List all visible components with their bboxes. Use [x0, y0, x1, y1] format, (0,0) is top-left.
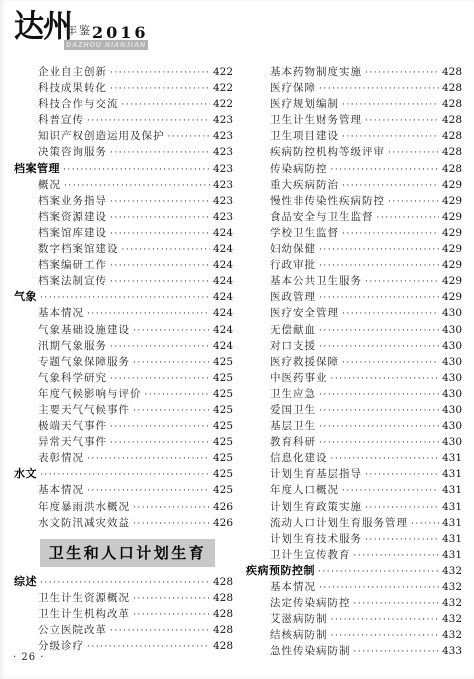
toc-entry-page: 425: [213, 386, 233, 402]
toc-entry: 结核病防制 432: [246, 627, 462, 643]
toc-entry-page: 425: [213, 434, 233, 450]
toc-entry-label: 艾滋病防制: [270, 611, 328, 627]
toc-entry-page: 423: [213, 161, 233, 177]
toc-entry-label: 教育科研: [270, 434, 316, 450]
toc-entry-label: 学校卫生监督: [270, 225, 339, 241]
toc-entry-page: 425: [213, 370, 233, 386]
toc-entry-page: 430: [442, 370, 462, 386]
toc-entry-label: 档案馆库建设: [38, 225, 107, 241]
dot-leader: [388, 194, 439, 210]
toc-entry-page: 422: [213, 96, 233, 112]
toc-entry-label: 气象科学研究: [38, 370, 107, 386]
toc-entry-page: 432: [442, 595, 462, 611]
toc-entry-label: 专题气象保障服务: [38, 354, 130, 370]
dot-leader: [64, 178, 210, 194]
section-heading: 卫生和人口计划生育: [40, 539, 216, 567]
toc-entry-page: 432: [442, 611, 462, 627]
toc-entry-label: 基层卫生: [270, 418, 316, 434]
toc-left-bottom-list: 综述 428 卫生计生资源概况 428 卫生计生机构改革 428: [14, 574, 233, 654]
toc-entry: 概况 423: [14, 177, 233, 193]
toc-entry-page: 423: [213, 144, 233, 160]
toc-entry-page: 423: [213, 209, 233, 225]
toc-entry-label: 综述: [14, 574, 37, 590]
dot-leader: [377, 210, 439, 226]
dot-leader: [110, 258, 210, 274]
toc-entry: 决策咨询服务 423: [14, 144, 233, 160]
toc-entry: 表彰情况 425: [14, 450, 233, 466]
dot-leader: [110, 339, 210, 355]
toc-entry: 分级诊疗 428: [14, 638, 233, 654]
toc-entry-label: 年度人口概况: [270, 482, 339, 498]
toc-entry-label: 结核病防制: [270, 627, 328, 643]
toc-entry-page: 433: [442, 643, 462, 659]
dot-leader: [365, 65, 439, 81]
toc-entry: 气象 424: [14, 289, 233, 305]
toc-entry-page: 422: [213, 64, 233, 80]
toc-entry-label: 疾病防控机构等级评审: [270, 144, 385, 160]
toc-entry-page: 424: [213, 257, 233, 273]
toc-entry: 基本情况 432: [246, 579, 462, 595]
toc-entry-label: 卫生应急: [270, 386, 316, 402]
toc-entry: 档案资源建设 423: [14, 209, 233, 225]
toc-entry-page: 425: [213, 418, 233, 434]
toc-entry-label: 医疗保障: [270, 80, 316, 96]
toc-entry-page: 431: [442, 466, 462, 482]
toc-entry-page: 429: [442, 225, 462, 241]
toc-entry-label: 卫生计生财务管理: [270, 112, 362, 128]
toc-entry: 基本情况 424: [14, 305, 233, 321]
toc-entry: 知识产权创造运用及保护 423: [14, 128, 233, 144]
dot-leader: [365, 274, 439, 290]
toc-entry-label: 科技合作与交流: [38, 96, 119, 112]
toc-entry-label: 爱国卫生: [270, 402, 316, 418]
dot-leader: [40, 575, 210, 591]
dot-leader: [342, 483, 439, 499]
toc-entry-label: 档案业务指导: [38, 193, 107, 209]
toc-entry-label: 基本公共卫生服务: [270, 273, 362, 289]
logo-main-text: 达州: [14, 11, 72, 43]
toc-entry-page: 430: [442, 434, 462, 450]
logo-latin-text: DAZHOU NIANJIAN: [66, 42, 146, 49]
toc-entry: 卫计生宣传教育 431: [246, 547, 462, 563]
toc-entry-page: 429: [442, 257, 462, 273]
dot-leader: [388, 145, 439, 161]
dot-leader: [342, 306, 439, 322]
toc-entry-page: 428: [213, 622, 233, 638]
dot-leader: [365, 532, 439, 548]
toc-entry-page: 425: [213, 466, 233, 482]
dot-leader: [110, 81, 210, 97]
toc-entry: 慢性非传染性疾病防控 429: [246, 193, 462, 209]
toc-entry-label: 无偿献血: [270, 322, 316, 338]
toc-entry: 基本情况 425: [14, 482, 233, 498]
toc-entry-page: 431: [442, 531, 462, 547]
toc-right-list: 基本药物制度实施 428 医疗保障 428 医疗规划编制 428: [246, 64, 462, 659]
toc-entry: 科技合作与交流 422: [14, 96, 233, 112]
toc-entry: 卫生项目建设 428: [246, 128, 462, 144]
toc-entry: 卫生计生资源概况 428: [14, 590, 233, 606]
toc-entry-page: 425: [213, 482, 233, 498]
toc-entry: 极端天气事件 425: [14, 418, 233, 434]
toc-entry: 档案业务指导 423: [14, 193, 233, 209]
dot-leader: [365, 500, 439, 516]
toc-entry: 食品安全与卫生监督 429: [246, 209, 462, 225]
dot-leader: [110, 194, 210, 210]
toc-entry: 计划生育政策实施 431: [246, 499, 462, 515]
toc-entry: 年度气候影响与评价 425: [14, 386, 233, 402]
toc-entry-page: 423: [213, 112, 233, 128]
toc-entry-page: 431: [442, 482, 462, 498]
toc-entry: 档案馆库建设 424: [14, 225, 233, 241]
toc-entry-page: 428: [213, 590, 233, 606]
toc-entry-label: 计划生育政策实施: [270, 499, 362, 515]
toc-entry-label: 年度气候影响与评价: [38, 386, 142, 402]
toc-entry-label: 公立医院改革: [38, 622, 107, 638]
dot-leader: [87, 306, 210, 322]
toc-entry: 年度暴雨洪水概况 426: [14, 499, 233, 515]
toc-right-column: 基本药物制度实施 428 医疗保障 428 医疗规划编制 428: [246, 64, 462, 659]
dot-leader: [122, 97, 210, 113]
toc-entry-label: 分级诊疗: [38, 638, 84, 654]
toc-entry-label: 医疗救援保障: [270, 354, 339, 370]
toc-entry-page: 428: [213, 574, 233, 590]
dot-leader: [122, 242, 210, 258]
toc-entry: 气象科学研究 425: [14, 370, 233, 386]
toc-entry-label: 基本情况: [270, 579, 316, 595]
logo-sub-text: 年鉴: [66, 22, 92, 38]
toc-entry-page: 423: [213, 193, 233, 209]
toc-entry: 传染病防控 428: [246, 161, 462, 177]
dot-leader: [342, 97, 439, 113]
toc-entry-page: 424: [213, 322, 233, 338]
dot-leader: [133, 355, 210, 371]
toc-entry: 科技成果转化 422: [14, 80, 233, 96]
dot-leader: [87, 113, 210, 129]
toc-entry-label: 档案编研工作: [38, 257, 107, 273]
toc-entry-label: 基本情况: [38, 482, 84, 498]
toc-entry-label: 卫计生宣传教育: [270, 547, 351, 563]
toc-entry-page: 430: [442, 338, 462, 354]
toc-entry-label: 中医药事业: [270, 370, 328, 386]
toc-entry: 医疗救援保障 430: [246, 354, 462, 370]
toc-entry-page: 428: [442, 96, 462, 112]
dot-leader: [145, 387, 210, 403]
toc-entry-page: 428: [442, 144, 462, 160]
toc-entry: 对口支援 430: [246, 338, 462, 354]
toc-entry: 医疗安全管理 430: [246, 305, 462, 321]
toc-entry: 基本药物制度实施 428: [246, 64, 462, 80]
toc-entry-page: 428: [442, 128, 462, 144]
dot-leader: [110, 65, 210, 81]
toc-entry: 卫生应急 430: [246, 386, 462, 402]
dot-leader: [319, 81, 439, 97]
toc-entry-label: 计划生育技术服务: [270, 531, 362, 547]
dot-leader: [133, 403, 210, 419]
toc-entry-label: 档案管理: [14, 161, 60, 177]
toc-entry: 计划生育技术服务 431: [246, 531, 462, 547]
toc-entry-page: 424: [213, 289, 233, 305]
dot-leader: [319, 580, 439, 596]
toc-entry-page: 429: [442, 273, 462, 289]
dot-leader: [365, 467, 439, 483]
dot-leader: [87, 639, 210, 655]
toc-entry-page: 429: [442, 241, 462, 257]
toc-entry-page: 425: [213, 402, 233, 418]
toc-entry-label: 卫生项目建设: [270, 128, 339, 144]
toc-entry-label: 医疗规划编制: [270, 96, 339, 112]
toc-entry: 学校卫生监督 429: [246, 225, 462, 241]
dot-leader: [133, 323, 210, 339]
dot-leader: [110, 145, 210, 161]
dot-leader: [354, 644, 439, 660]
toc-entry-page: 429: [442, 209, 462, 225]
toc-entry-page: 425: [213, 354, 233, 370]
toc-entry-page: 429: [442, 177, 462, 193]
toc-entry: 专题气象保障服务 425: [14, 354, 233, 370]
toc-entry-label: 水文防汛减灾效益: [38, 515, 130, 531]
dot-leader: [168, 129, 210, 145]
toc-entry-label: 信息化建设: [270, 450, 328, 466]
logo-latin-bar: DAZHOU NIANJIAN: [64, 40, 148, 50]
toc-entry: 水文 425: [14, 466, 233, 482]
toc-entry: 计划生育基层指导 431: [246, 466, 462, 482]
toc-entry-page: 424: [213, 225, 233, 241]
toc-entry-label: 档案法制宣传: [38, 273, 107, 289]
dot-leader: [110, 623, 210, 639]
toc-entry-label: 传染病防控: [270, 161, 328, 177]
toc-entry: 重大疾病防治 429: [246, 177, 462, 193]
toc-entry-page: 430: [442, 322, 462, 338]
dot-leader: [133, 516, 210, 532]
toc-entry-page: 423: [213, 177, 233, 193]
toc-entry: 异常天气事件 425: [14, 434, 233, 450]
toc-entry-page: 428: [213, 606, 233, 622]
toc-entry-page: 429: [442, 193, 462, 209]
toc-left-column: 企业自主创新 422 科技成果转化 422 科技合作与交流 422: [14, 64, 233, 654]
toc-entry: 行政审批 429: [246, 257, 462, 273]
dot-leader: [365, 113, 439, 129]
toc-entry-page: 432: [442, 563, 462, 579]
toc-entry: 疾病预防控制 432: [246, 563, 462, 579]
dot-leader: [319, 290, 439, 306]
toc-entry: 科普宣传 423: [14, 112, 233, 128]
yearbook-toc-page: 达州 年鉴 2016 DAZHOU NIANJIAN 企业自主创新 422 科技…: [0, 0, 474, 679]
dot-leader: [87, 483, 210, 499]
dot-leader: [331, 162, 439, 178]
toc-entry: 基层卫生 430: [246, 418, 462, 434]
toc-entry-page: 431: [442, 547, 462, 563]
toc-entry: 卫生计生财务管理 428: [246, 112, 462, 128]
toc-entry: 档案管理 423: [14, 161, 233, 177]
toc-entry-label: 食品安全与卫生监督: [270, 209, 374, 225]
toc-entry: 医政管理 429: [246, 289, 462, 305]
toc-entry-page: 428: [442, 80, 462, 96]
dot-leader: [87, 451, 210, 467]
toc-entry-label: 科技成果转化: [38, 80, 107, 96]
toc-entry: 医疗保障 428: [246, 80, 462, 96]
dot-leader: [110, 274, 210, 290]
dot-leader: [331, 371, 439, 387]
toc-entry-label: 妇幼保健: [270, 241, 316, 257]
toc-entry-page: 430: [442, 386, 462, 402]
toc-entry-label: 知识产权创造运用及保护: [38, 128, 165, 144]
toc-entry-page: 428: [442, 161, 462, 177]
dot-leader: [342, 226, 439, 242]
toc-entry-label: 流动人口计划生育服务管理: [270, 515, 408, 531]
toc-entry-page: 426: [213, 499, 233, 515]
toc-entry-page: 423: [213, 128, 233, 144]
dot-leader: [319, 339, 439, 355]
dot-leader: [133, 607, 210, 623]
toc-entry-page: 431: [442, 499, 462, 515]
toc-entry-label: 计划生育基层指导: [270, 466, 362, 482]
toc-entry: 中医药事业 430: [246, 370, 462, 386]
dot-leader: [110, 435, 210, 451]
dot-leader: [110, 419, 210, 435]
toc-entry: 档案法制宣传 424: [14, 273, 233, 289]
toc-entry-label: 基本药物制度实施: [270, 64, 362, 80]
toc-entry: 水文防汛减灾效益 426: [14, 515, 233, 531]
toc-entry-label: 卫生计生机构改革: [38, 606, 130, 622]
dot-leader: [354, 596, 439, 612]
toc-entry: 急性传染病防制 433: [246, 643, 462, 659]
dot-leader: [110, 226, 210, 242]
toc-entry-label: 气象: [14, 289, 37, 305]
toc-entry-label: 重大疾病防治: [270, 177, 339, 193]
dot-leader: [319, 323, 439, 339]
toc-entry: 信息化建设 431: [246, 450, 462, 466]
dot-leader: [319, 242, 439, 258]
toc-entry-label: 档案资源建设: [38, 209, 107, 225]
toc-entry-label: 企业自主创新: [38, 64, 107, 80]
toc-entry-page: 428: [213, 638, 233, 654]
toc-entry: 流动人口计划生育服务管理 431: [246, 515, 462, 531]
dot-leader: [331, 451, 439, 467]
toc-entry: 教育科研 430: [246, 434, 462, 450]
toc-entry-page: 424: [213, 241, 233, 257]
toc-entry-page: 428: [442, 112, 462, 128]
toc-entry-label: 医疗安全管理: [270, 305, 339, 321]
toc-entry-page: 430: [442, 418, 462, 434]
toc-entry: 医疗规划编制 428: [246, 96, 462, 112]
toc-entry: 综述 428: [14, 574, 233, 590]
section-heading-wrap: 卫生和人口计划生育: [22, 539, 233, 567]
toc-entry-label: 决策咨询服务: [38, 144, 107, 160]
dot-leader: [319, 387, 439, 403]
toc-entry-page: 431: [442, 515, 462, 531]
toc-entry: 爱国卫生 430: [246, 402, 462, 418]
toc-entry: 主要天气气候事件 425: [14, 402, 233, 418]
toc-entry-page: 424: [213, 338, 233, 354]
toc-entry-label: 行政审批: [270, 257, 316, 273]
dot-leader: [342, 178, 439, 194]
toc-entry-label: 水文: [14, 466, 37, 482]
dot-leader: [342, 129, 439, 145]
dot-leader: [331, 628, 439, 644]
toc-entry: 年度人口概况 431: [246, 482, 462, 498]
dot-leader: [342, 355, 439, 371]
dot-leader: [133, 500, 210, 516]
toc-entry-page: 422: [213, 80, 233, 96]
toc-entry: 档案编研工作 424: [14, 257, 233, 273]
toc-entry-label: 表彰情况: [38, 450, 84, 466]
toc-entry-page: 425: [213, 450, 233, 466]
toc-entry-page: 430: [442, 402, 462, 418]
toc-entry: 基本公共卫生服务 429: [246, 273, 462, 289]
toc-entry: 企业自主创新 422: [14, 64, 233, 80]
toc-entry-label: 慢性非传染性疾病防控: [270, 193, 385, 209]
toc-entry: 气象基础设施建设 424: [14, 322, 233, 338]
dot-leader: [133, 591, 210, 607]
toc-entry-label: 气象基础设施建设: [38, 322, 130, 338]
toc-entry-page: 424: [213, 273, 233, 289]
toc-entry: 公立医院改革 428: [14, 622, 233, 638]
dot-leader: [411, 516, 439, 532]
toc-entry-label: 科普宣传: [38, 112, 84, 128]
dot-leader: [319, 435, 439, 451]
toc-entry-page: 426: [213, 515, 233, 531]
page-number: · 26 ·: [13, 652, 44, 663]
dot-leader: [331, 612, 439, 628]
yearbook-logo: 达州 年鉴 2016 DAZHOU NIANJIAN: [14, 12, 214, 56]
toc-entry-label: 汛期气象服务: [38, 338, 107, 354]
toc-entry: 数字档案馆建设 424: [14, 241, 233, 257]
toc-entry-label: 年度暴雨洪水概况: [38, 499, 130, 515]
toc-entry-label: 概况: [38, 177, 61, 193]
toc-entry: 法定传染病防控 432: [246, 595, 462, 611]
toc-entry-label: 极端天气事件: [38, 418, 107, 434]
toc-entry: 艾滋病防制 432: [246, 611, 462, 627]
toc-left-top-list: 企业自主创新 422 科技成果转化 422 科技合作与交流 422: [14, 64, 233, 531]
toc-entry-label: 卫生计生资源概况: [38, 590, 130, 606]
dot-leader: [354, 548, 439, 564]
toc-entry-label: 对口支援: [270, 338, 316, 354]
toc-entry: 卫生计生机构改革 428: [14, 606, 233, 622]
toc-entry-page: 428: [442, 64, 462, 80]
toc-entry-page: 432: [442, 627, 462, 643]
dot-leader: [318, 564, 439, 580]
dot-leader: [319, 419, 439, 435]
toc-entry-label: 主要天气气候事件: [38, 402, 130, 418]
toc-entry-page: 424: [213, 305, 233, 321]
dot-leader: [319, 403, 439, 419]
toc-entry-label: 法定传染病防控: [270, 595, 351, 611]
dot-leader: [63, 162, 210, 178]
toc-entry-label: 医政管理: [270, 289, 316, 305]
toc-entry-label: 异常天气事件: [38, 434, 107, 450]
toc-entry-page: 430: [442, 354, 462, 370]
toc-entry-label: 疾病预防控制: [246, 563, 315, 579]
toc-entry-page: 432: [442, 579, 462, 595]
toc-entry: 疾病防控机构等级评审 428: [246, 144, 462, 160]
toc-entry-page: 431: [442, 450, 462, 466]
toc-entry-label: 急性传染病防制: [270, 643, 351, 659]
dot-leader: [40, 290, 210, 306]
dot-leader: [110, 210, 210, 226]
toc-entry: 汛期气象服务 424: [14, 338, 233, 354]
toc-entry-label: 基本情况: [38, 305, 84, 321]
toc-entry-page: 429: [442, 289, 462, 305]
toc-entry-page: 430: [442, 305, 462, 321]
dot-leader: [110, 371, 210, 387]
dot-leader: [319, 258, 439, 274]
toc-entry: 妇幼保健 429: [246, 241, 462, 257]
toc-entry: 无偿献血 430: [246, 322, 462, 338]
toc-entry-label: 数字档案馆建设: [38, 241, 119, 257]
dot-leader: [40, 467, 210, 483]
